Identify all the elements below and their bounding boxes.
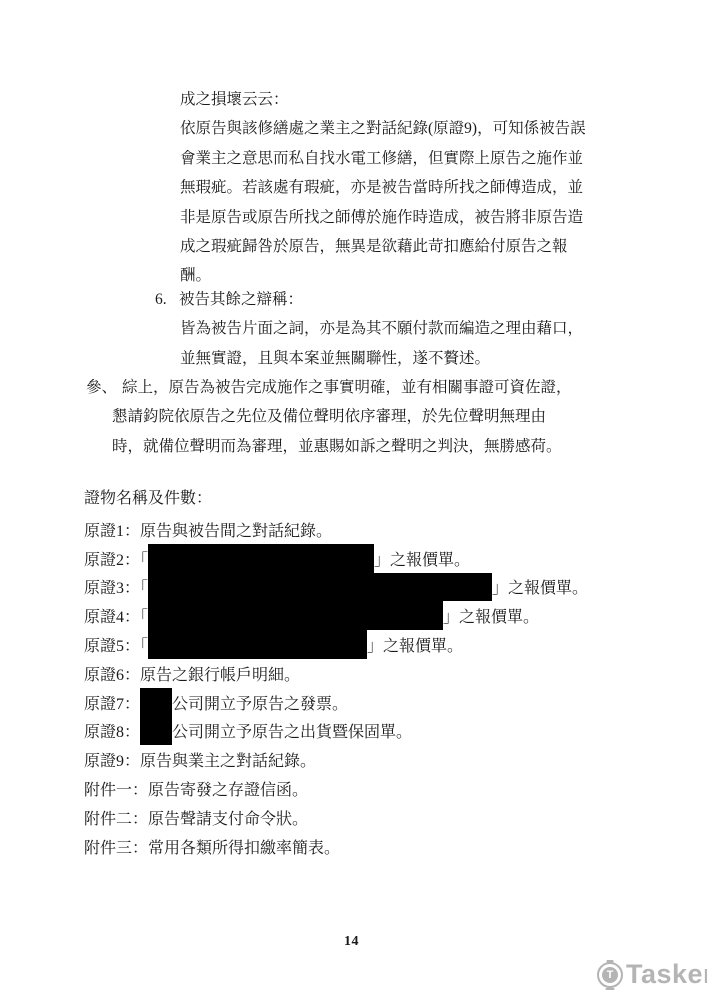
paragraph-damage: 成之損壞云云： 依原告與該修繕處之業主之對話紀錄(原證9)，可知係被告誤 會業主… (180, 85, 625, 291)
redaction-bar (148, 544, 374, 573)
item-title: 被告其餘之辯稱： (179, 285, 303, 314)
redaction-bar (148, 630, 367, 659)
evidence-item: 原證5：「 」之報價單。 (84, 630, 588, 659)
evidence-item-text: 原證8： (84, 719, 140, 742)
evidence-item: 原證8： 公司開立予原告之出貨暨保固單。 (84, 717, 588, 746)
redaction-bar (148, 601, 443, 630)
evidence-item-text: 原證1：原告與被告間之對話紀錄。 (84, 518, 332, 541)
evidence-item: 原證4：「 」之報價單。 (84, 601, 588, 630)
paragraph-line: 成之瑕疵歸咎於原告，無異是欲藉此苛扣應給付原告之報 (180, 232, 625, 261)
evidence-item-text: 」之報價單。 (492, 575, 588, 598)
evidence-item-text: 」之報價單。 (443, 604, 539, 627)
evidence-list: 原證1：原告與被告間之對話紀錄。 原證2：「 」之報價單。 原證3：「 」之報價… (84, 515, 588, 861)
evidence-item: 原證9：原告與業主之對話紀錄。 (84, 745, 588, 774)
paragraph-line: 無瑕疵。若該處有瑕疵，亦是被告當時所找之師傅造成，並 (180, 173, 625, 202)
paragraph-line: 成之損壞云云： (180, 85, 625, 114)
tasker-logo-letter: T (602, 967, 618, 983)
evidence-item-text: 原證3：「 (84, 575, 148, 598)
evidence-item-text: 原證2：「 (84, 547, 148, 570)
redaction-bar (140, 717, 172, 746)
evidence-item-text: 公司開立予原告之出貨暨保固單。 (172, 719, 412, 742)
evidence-item: 原證7： 公司開立予原告之發票。 (84, 688, 588, 717)
evidence-item: 原證6：原告之銀行帳戶明細。 (84, 659, 588, 688)
evidence-item-text: 原證4：「 (84, 604, 148, 627)
evidence-item-text: 原證6：原告之銀行帳戶明細。 (84, 662, 300, 685)
paragraph-line: 綜上，原告為被告完成施作之事實明確，並有相關事證可資佐證， (122, 373, 572, 402)
tasker-watermark: T Tasker (597, 961, 707, 988)
paragraph-line: 懇請鈞院依原告之先位及備位聲明依序審理，於先位聲明無理由 (112, 402, 626, 431)
paragraph-line: 依原告與該修繕處之業主之對話紀錄(原證9)，可知係被告誤 (180, 114, 625, 143)
evidence-item: 附件一：原告寄發之存證信函。 (84, 774, 588, 803)
redaction-bar (140, 688, 172, 717)
evidence-item-text: 附件二：原告聲請支付命令狀。 (84, 806, 308, 829)
document-page: { "page": { "number": "14" }, "colors": … (0, 0, 707, 1000)
evidence-item-text: 」之報價單。 (367, 633, 463, 656)
paragraph-line: 非是原告或原告所找之師傅於施作時造成，被告將非原告造 (180, 203, 625, 232)
paragraph-line: 時，就備位聲明而為審理，並惠賜如訴之聲明之判決，無勝感荷。 (112, 432, 626, 461)
conclusion-first-line: 參、 綜上，原告為被告完成施作之事實明確，並有相關事證可資佐證， (86, 373, 626, 402)
paragraph-line: 會業主之意思而私自找水電工修繕，但實際上原告之施作並 (180, 144, 625, 173)
evidence-item-text: 原證9：原告與業主之對話紀錄。 (84, 748, 316, 771)
page-number: 14 (344, 934, 359, 950)
evidence-item: 原證2：「 」之報價單。 (84, 544, 588, 573)
evidence-item-text: 原證7： (84, 691, 140, 714)
watermark-label: Tasker (626, 961, 707, 988)
evidence-item-text: 附件一：原告寄發之存證信函。 (84, 777, 308, 800)
numbered-item-6: 6. 被告其餘之辯稱： 皆為被告片面之詞，亦是為其不願付款而編造之理由藉口， 並… (155, 285, 583, 373)
evidence-item: 附件三：常用各類所得扣繳率簡表。 (84, 832, 588, 861)
section-conclusion: 參、 綜上，原告為被告完成施作之事實明確，並有相關事證可資佐證， 懇請鈞院依原告… (86, 373, 626, 461)
item-number: 6. (155, 285, 179, 314)
evidence-item: 附件二：原告聲請支付命令狀。 (84, 803, 588, 832)
evidence-item: 原證3：「 」之報價單。 (84, 573, 588, 602)
evidence-heading: 證物名稱及件數： (84, 484, 212, 513)
evidence-item-text: 附件三：常用各類所得扣繳率簡表。 (84, 835, 340, 858)
section-marker: 參、 (86, 373, 122, 402)
tasker-logo-icon: T (597, 962, 623, 988)
evidence-item-text: 原證5：「 (84, 633, 148, 656)
redaction-bar (148, 573, 492, 602)
evidence-item-text: 公司開立予原告之發票。 (172, 691, 348, 714)
item-6-heading: 6. 被告其餘之辯稱： (155, 285, 583, 314)
paragraph-line: 並無實證，且與本案並無關聯性，遂不贅述。 (180, 344, 583, 373)
evidence-item: 原證1：原告與被告間之對話紀錄。 (84, 515, 588, 544)
evidence-item-text: 」之報價單。 (374, 547, 470, 570)
paragraph-line: 皆為被告片面之詞，亦是為其不願付款而編造之理由藉口， (180, 314, 583, 343)
